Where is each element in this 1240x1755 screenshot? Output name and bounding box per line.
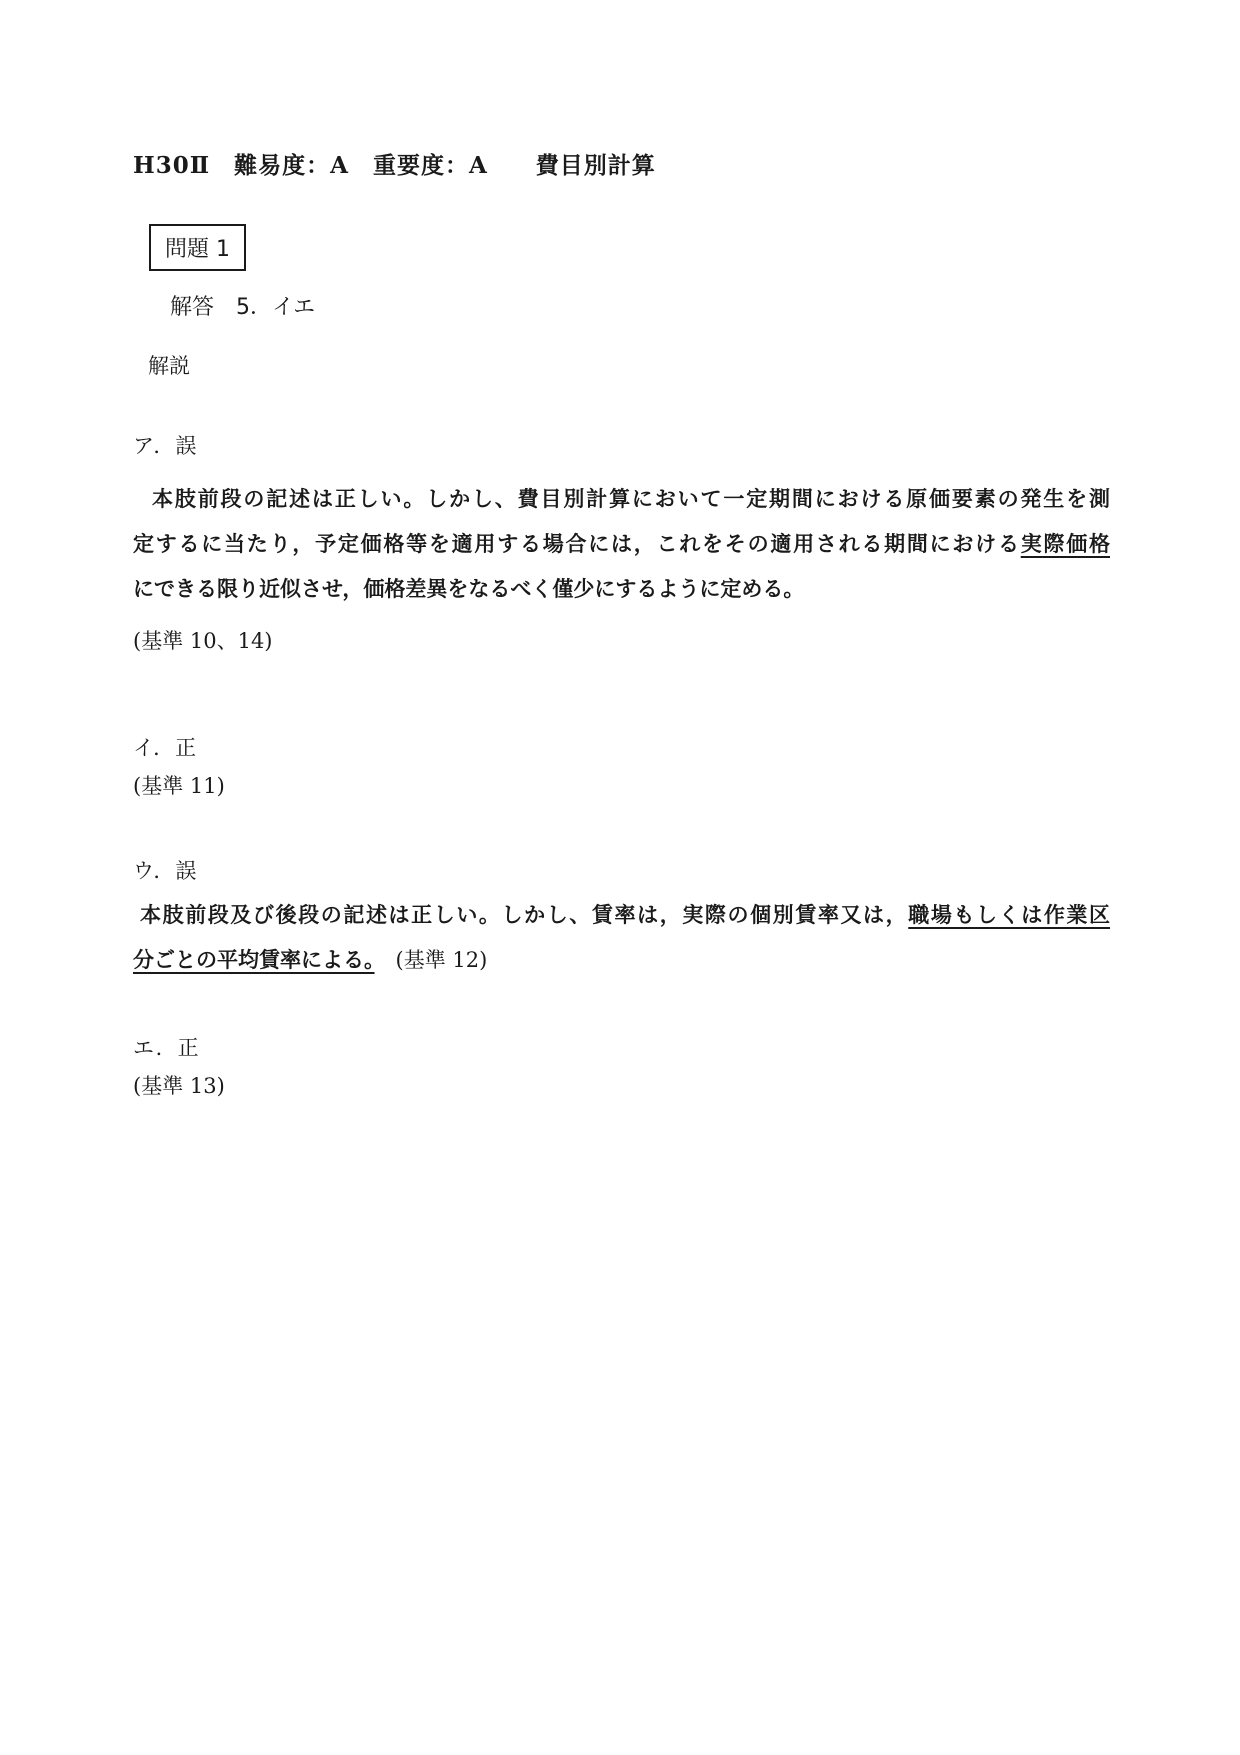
section-e-label: エ．正 xyxy=(133,1035,200,1061)
underlined-text: 分ごとの平均賃率による。 xyxy=(133,948,375,972)
section-u-paragraph: 本肢前段及び後段の記述は正しい。しかし、賃率は，実際の個別賃率又は，職場もしくは… xyxy=(133,893,1110,983)
problem-number-label: 問題 1 xyxy=(165,232,230,263)
paragraph-text: 本肢前段の記述は正しい。しかし、費目別計算において一定期間における原価要素の発生… xyxy=(152,487,1110,511)
document-page: H30Ⅱ 難易度：A 重要度：A 費目別計算 問題 1 解答 5．イエ 解説 ア… xyxy=(0,0,1240,1755)
section-u-basis-reference: (基準 12) xyxy=(375,948,488,972)
paragraph-line: 本肢前段及び後段の記述は正しい。しかし、賃率は，実際の個別賃率又は，職場もしくは… xyxy=(133,893,1110,938)
section-e-basis-reference: (基準 13) xyxy=(133,1073,225,1099)
section-u-label: ウ．誤 xyxy=(133,858,197,884)
paragraph-line: 分ごとの平均賃率による。 (基準 12) xyxy=(133,938,1110,983)
paragraph-line: 本肢前段の記述は正しい。しかし、費目別計算において一定期間における原価要素の発生… xyxy=(133,477,1110,522)
section-i-basis-reference: (基準 11) xyxy=(133,773,225,799)
paragraph-text: 本肢前段及び後段の記述は正しい。しかし、賃率は，実際の個別賃率又は， xyxy=(140,903,908,927)
paragraph-text: 定するに当たり，予定価格等を適用する場合には，これをその適用される期間における xyxy=(133,532,1021,556)
answer-line: 解答 5．イエ xyxy=(170,294,315,321)
paragraph-line: にできる限り近似させ，価格差異をなるべく僅少にするように定める。 xyxy=(133,567,1110,612)
underlined-text: 職場もしくは作業区 xyxy=(908,903,1110,927)
page-title: H30Ⅱ 難易度：A 重要度：A 費目別計算 xyxy=(133,152,656,180)
paragraph-line: 定するに当たり，予定価格等を適用する場合には，これをその適用される期間における実… xyxy=(133,522,1110,567)
section-a-label: ア．誤 xyxy=(133,433,197,459)
paragraph-text: にできる限り近似させ，価格差異をなるべく僅少にするように定める。 xyxy=(133,577,804,601)
explanation-heading: 解説 xyxy=(148,353,190,379)
section-a-basis-reference: (基準 10、14) xyxy=(133,628,273,654)
problem-number-box: 問題 1 xyxy=(149,224,246,271)
section-a-paragraph: 本肢前段の記述は正しい。しかし、費目別計算において一定期間における原価要素の発生… xyxy=(133,477,1110,612)
section-i-label: イ．正 xyxy=(133,735,197,761)
underlined-text: 実際価格 xyxy=(1021,532,1110,556)
